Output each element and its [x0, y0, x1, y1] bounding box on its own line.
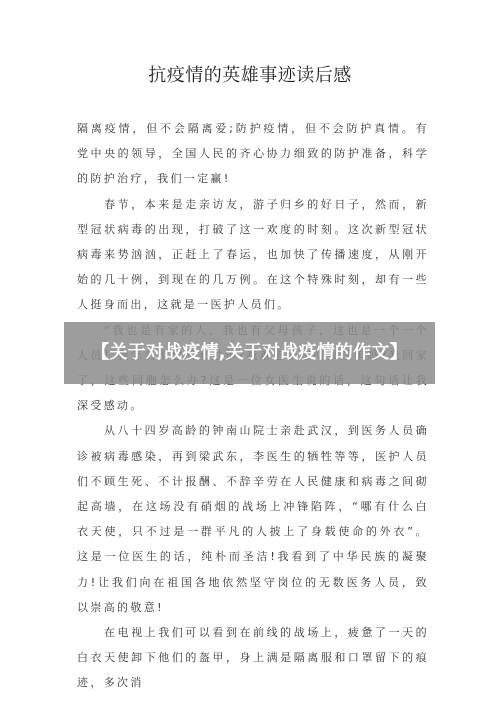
- overlay-title: 【关于对战疫情,关于对战疫情的作文】: [85, 341, 413, 365]
- paragraph: 从八十四岁高龄的钟南山院士亲赴武汉，到医务人员确诊被病毒感染，再到梁武东，李医生…: [77, 418, 429, 620]
- document-body: 隔离疫情，但不会隔离爱;防护疫情，但不会防护真情。有党中央的领导，全国人民的齐心…: [77, 116, 429, 696]
- paragraph: 在电视上我们可以看到在前线的战场上，疲惫了一天的白衣天使卸下他们的盔甲，身上满是…: [77, 620, 429, 696]
- paragraph: 隔离疫情，但不会隔离爱;防护疫情，但不会防护真情。有党中央的领导，全国人民的齐心…: [77, 116, 429, 192]
- document-title: 抗疫情的英雄事迹读后感: [0, 64, 500, 88]
- title-overlay-banner: 【关于对战疫情,关于对战疫情的作文】: [64, 322, 435, 384]
- paragraph: 春节，本来是走亲访友，游子归乡的好日子，然而，新型冠状病毒的出现，打破了这一欢度…: [77, 192, 429, 318]
- document-page: 抗疫情的英雄事迹读后感 隔离疫情，但不会隔离爱;防护疫情，但不会防护真情。有党中…: [0, 0, 500, 706]
